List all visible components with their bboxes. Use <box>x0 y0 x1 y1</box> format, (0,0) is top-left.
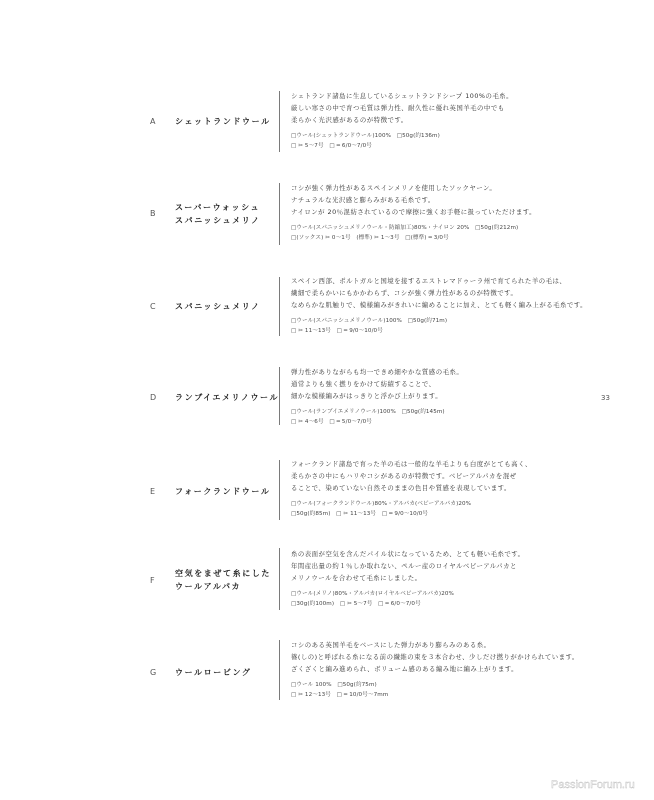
yarn-name-line: スパニッシュメリノ <box>175 214 261 227</box>
spec-needles: □(ソックス) ✂ 0～1号 (標準) ✂ 1～3号 □(標準) ━ 3/0号 <box>291 233 631 244</box>
yarn-name-line: スーパーウォッシュ <box>175 201 261 214</box>
divider-line <box>279 91 280 152</box>
yarn-specs: □ウール 100% □50g(約75m) □ ✂ 12～13号 □ ━ 10/0… <box>291 680 631 701</box>
yarn-name: スーパーウォッシュ スパニッシュメリノ <box>175 201 261 227</box>
yarn-description: コシが強く弾力性があるスペインメリノを使用したソックヤーン。 ナチュラルな光沢感… <box>291 182 631 244</box>
spec-composition: □ウール(スパニッシュメリノウール)100% □50g(約71m) <box>291 316 631 327</box>
yarn-name-line: ランブイエメリノウール <box>175 391 279 404</box>
yarn-specs: □ウール(スパニッシュメリノウール・防縮加工)80%・ナイロン 20% □50g… <box>291 223 631 244</box>
spec-composition: □ウール(スパニッシュメリノウール・防縮加工)80%・ナイロン 20% □50g… <box>291 223 631 234</box>
description-line: スペイン西部、ポルトガルと国境を接するエストレマドゥーラ州で育てられた羊の毛は、 <box>291 275 631 287</box>
description-line: 繊細で柔らかいにもかかわらず、コシが強く弾力性があるのが特徴です。 <box>291 287 631 299</box>
spec-needles: □ ✂ 4～6号 □ ━ 5/0～7/0号 <box>291 417 631 428</box>
yarn-specs: □ウール(フォークランドウール)80%・アルパカ(ベビーアルパカ)20% □50… <box>291 499 631 520</box>
spec-composition: □ウール(シェットランドウール)100% □50g(約136m) <box>291 131 631 142</box>
spec-composition: □ウール(ランブイエメリノウール)100% □50g(約145m) <box>291 407 631 418</box>
yarn-specs: □ウール(ランブイエメリノウール)100% □50g(約145m) □ ✂ 4～… <box>291 407 631 428</box>
yarn-description: シェトランド諸島に生息しているシェットランドシープ 100%の毛糸。 厳しい寒さ… <box>291 90 631 152</box>
entry-letter: E <box>150 487 155 496</box>
description-line: 通常よりも強く撚りをかけて紡績することで、 <box>291 378 631 390</box>
description-line: 糸の表面が空気を含んだパイル状になっているため、とても軽い毛糸です。 <box>291 548 631 560</box>
yarn-name-line: ウールアルパカ <box>175 580 271 593</box>
yarn-name-line: ウールロービング <box>175 666 251 679</box>
yarn-name: スパニッシュメリノ <box>175 300 261 313</box>
spec-needles: □50g(約85m) □ ✂ 11～13号 □ ━ 9/0～10/0号 <box>291 509 631 520</box>
yarn-name: シェットランドウール <box>175 115 271 128</box>
description-line: 篠(しの)と呼ばれる糸になる前の繊維の束を３本合わせ、少しだけ撚りがかけられてい… <box>291 651 631 663</box>
yarn-description: スペイン西部、ポルトガルと国境を接するエストレマドゥーラ州で育てられた羊の毛は、… <box>291 275 631 337</box>
spec-needles: □ ✂ 5～7号 □ ━ 6/0～7/0号 <box>291 141 631 152</box>
yarn-description: フォークランド諸島で育った羊の毛は一般的な羊毛よりも白度がとても高く、 柔らかさ… <box>291 458 631 520</box>
description-line: なめらかな肌触りで、模様編みがきれいに編めることに加え、とても軽く編み上がる毛糸… <box>291 299 631 311</box>
entry-letter: B <box>150 209 156 218</box>
yarn-description: 糸の表面が空気を含んだパイル状になっているため、とても軽い毛糸です。 年間産出量… <box>291 548 631 610</box>
entry-letter: G <box>150 668 156 677</box>
spec-composition: □ウール 100% □50g(約75m) <box>291 680 631 691</box>
entry-letter: A <box>150 117 155 126</box>
yarn-name-line: 空気をまぜて糸にした <box>175 567 271 580</box>
page-number: 33 <box>601 394 610 402</box>
description-line: 弾力性がありながらも均一できめ細やかな質感の毛糸。 <box>291 366 631 378</box>
yarn-description: 弾力性がありながらも均一できめ細やかな質感の毛糸。 通常よりも強く撚りをかけて紡… <box>291 366 631 428</box>
description-line: 年間産出量の約１％しか取れない、ペルー産のロイヤルベビーアルパカと <box>291 560 631 572</box>
divider-line <box>279 277 280 336</box>
yarn-specs: □ウール(シェットランドウール)100% □50g(約136m) □ ✂ 5～7… <box>291 131 631 152</box>
description-line: 厳しい寒さの中で育つ毛質は弾力性、耐久性に優れ英国羊毛の中でも <box>291 102 631 114</box>
yarn-specs: □ウール(スパニッシュメリノウール)100% □50g(約71m) □ ✂ 11… <box>291 316 631 337</box>
description-line: ナイロンが 20％混紡されているので摩擦に強くお手軽に扱っていただけます。 <box>291 206 631 218</box>
description-line: 柔らかく光沢感があるのが特徴です。 <box>291 114 631 126</box>
yarn-name: ランブイエメリノウール <box>175 391 279 404</box>
divider-line <box>279 183 280 245</box>
yarn-name-line: スパニッシュメリノ <box>175 300 261 313</box>
watermark: PassionForum.ru <box>551 779 635 791</box>
description-line: フォークランド諸島で育った羊の毛は一般的な羊毛よりも白度がとても高く、 <box>291 458 631 470</box>
divider-line <box>279 460 280 520</box>
description-line: メリノウールを合わせて毛糸にしました。 <box>291 572 631 584</box>
divider-line <box>279 640 280 700</box>
spec-needles: □ ✂ 12～13号 □ ━ 10/0号～7mm <box>291 690 631 701</box>
yarn-specs: □ウール(メリノ)80%・アルパカ(ロイヤルベビーアルパカ)20% □30g(約… <box>291 589 631 610</box>
description-line: コシのある英国羊毛をベースにした弾力があり膨らみのある糸。 <box>291 639 631 651</box>
entry-letter: C <box>150 302 156 311</box>
spec-needles: □ ✂ 11～13号 □ ━ 9/0～10/0号 <box>291 326 631 337</box>
description-line: ナチュラルな光沢感と膨らみがある毛糸です。 <box>291 194 631 206</box>
divider-line <box>279 548 280 610</box>
yarn-name: フォークランドウール <box>175 485 270 498</box>
spec-composition: □ウール(メリノ)80%・アルパカ(ロイヤルベビーアルパカ)20% <box>291 589 631 600</box>
description-line: 細かな模様編みがはっきりと浮かび上がります。 <box>291 390 631 402</box>
spec-composition: □ウール(フォークランドウール)80%・アルパカ(ベビーアルパカ)20% <box>291 499 631 510</box>
description-line: シェトランド諸島に生息しているシェットランドシープ 100%の毛糸。 <box>291 90 631 102</box>
spec-needles: □30g(約100m) □ ✂ 5～7号 □ ━ 6/0～7/0号 <box>291 599 631 610</box>
yarn-name: ウールロービング <box>175 666 251 679</box>
entry-letter: F <box>150 576 155 585</box>
description-line: 柔らかさの中にもハリやコシがあるのが特徴です。ベビーアルパカを混ぜ <box>291 470 631 482</box>
description-line: ざくざくと編み進められ、ボリューム感のある編み地に編み上がります。 <box>291 663 631 675</box>
description-line: コシが強く弾力性があるスペインメリノを使用したソックヤーン。 <box>291 182 631 194</box>
divider-line <box>279 367 280 425</box>
yarn-name: 空気をまぜて糸にした ウールアルパカ <box>175 567 271 593</box>
yarn-name-line: フォークランドウール <box>175 485 270 498</box>
yarn-name-line: シェットランドウール <box>175 115 271 128</box>
entry-letter: D <box>150 393 156 402</box>
description-line: ることで、染めていない自然そのままの色目や質感を表現しています。 <box>291 482 631 494</box>
yarn-description: コシのある英国羊毛をベースにした弾力があり膨らみのある糸。 篠(しの)と呼ばれる… <box>291 639 631 701</box>
